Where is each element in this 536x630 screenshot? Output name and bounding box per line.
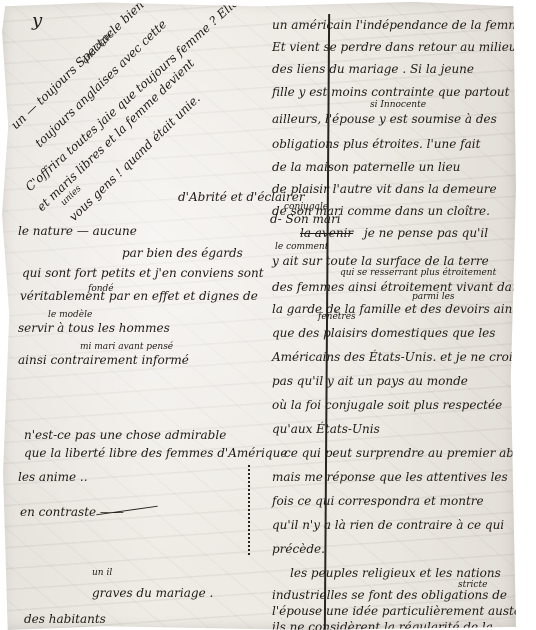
diagonal-margin-note: analogue un — toujours Spectacle bien vr… [0,0,240,210]
interlinear-note: qui se resserrant plus étroitement [340,268,496,278]
text-line: ailleurs, l'épouse y est soumise à des [272,112,497,126]
left-block-line: fondé [88,284,114,294]
left-block-line: qui sont fort petits et j'en conviens so… [22,266,264,280]
interlinear-note: si Innocente [370,100,426,110]
text-line: l'épouse une idée particulièrement austè… [272,604,534,618]
text-line: ils ne considèrent la régularité de la [272,620,493,630]
left-block-line: des habitants [24,612,106,626]
text-line: les peuples religieux et les nations [290,566,501,580]
text-line: où la foi conjugale soit plus respectée [272,398,502,412]
left-block-line: servir à tous les hommes [18,321,170,335]
text-line: qu'aux États-Unis [272,422,380,436]
margin-dotted-bracket [248,465,253,555]
left-block-line: graves du mariage . [92,586,213,600]
text-line: mais me réponse que les attentives les [272,470,508,484]
interlinear-note: le comment [275,242,328,252]
interlinear-note: fenêtres [318,312,356,322]
struck-word: la avenir [300,226,353,240]
left-block-line: le modèle [48,310,92,320]
left-block-line: mi mari avant pensé [80,342,173,352]
manuscript-page: y analogue un — toujours Spectacle bien … [0,0,516,630]
vertical-ink-line [324,14,330,630]
text-line: un américain l'indépendance de la femme [272,18,527,32]
left-block-line: les anime .. [18,470,88,484]
text-line: des femmes ainsi étroitement vivant dans [272,280,526,294]
text-line: précède. [272,542,325,556]
text-line: qu'il n'y a là rien de contraire à ce qu… [272,518,504,532]
text-line: Américains des États-Unis. et je ne croi… [272,350,519,364]
text-line: Et vient se perdre dans retour au milieu [272,40,517,54]
interlinear-note: parmi les [412,292,455,302]
left-block-line: ainsi contrairement informé [18,353,189,367]
left-block-line: que la liberté libre des femmes d'Amériq… [24,446,287,460]
text-line: de son mari comme dans un cloître. [272,204,490,218]
text-line: je ne pense pas qu'il [364,226,488,240]
text-line: fille y est moins contrainte que partout [272,85,509,99]
text-line: ce qui peut surprendre au premier abord [284,446,535,460]
text-line: pas qu'il y ait un pays au monde [272,374,468,388]
text-line: de plaisir l'autre vit dans la demeure [272,182,497,196]
text-line: y ait sur toute la surface de la terre [272,254,489,268]
text-line: obligations plus étroites. l'une fait [272,137,480,151]
left-block-line: par bien des égards [122,246,243,260]
left-block-line: le nature — aucune [18,224,137,238]
text-line: la garde de la famille et des devoirs ai… [272,302,522,316]
left-block-line: n'est-ce pas une chose admirable [24,428,226,442]
text-line: de la maison paternelle un lieu [272,160,460,174]
left-block-line: véritablement par en effet et dignes de [20,289,258,303]
text-line: des liens du mariage . Si la jeune [272,62,474,76]
left-block-line: un il [92,568,112,578]
text-line: que des plaisirs domestiques que les [272,326,495,340]
text-line: fois ce qui correspondra et montre [272,494,484,508]
text-line: industrielles se font des obligations de [272,588,507,602]
